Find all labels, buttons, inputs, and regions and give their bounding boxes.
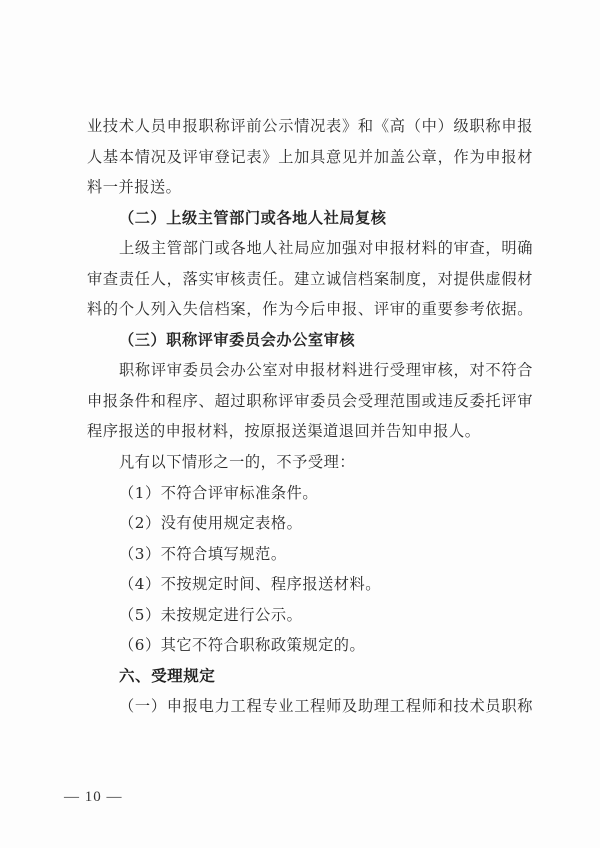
- subsection-heading: （二）上级主管部门或各地人社局复核: [87, 203, 533, 234]
- section-heading: 六、受理规定: [87, 661, 533, 692]
- document-page: 业技术人员申报职称评前公示情况表》和《高（中）级职称申报 人基本情况及评审登记表…: [0, 0, 600, 848]
- paragraph-line: 申报条件和程序、超过职称评审委员会受理范围或违反委托评审: [87, 386, 533, 417]
- list-item: （6）其它不符合职称政策规定的。: [87, 630, 533, 661]
- list-item: （3）不符合填写规范。: [87, 539, 533, 570]
- paragraph-line: 上级主管部门或各地人社局应加强对申报材料的审查，明确: [87, 233, 533, 264]
- paragraph-line: 料的个人列入失信档案，作为今后申报、评审的重要参考依据。: [87, 294, 533, 325]
- document-body: 业技术人员申报职称评前公示情况表》和《高（中）级职称申报 人基本情况及评审登记表…: [87, 111, 533, 722]
- paragraph-line: 程序报送的申报材料，按原报送渠道退回并告知申报人。: [87, 416, 533, 447]
- page-number: — 10 —: [64, 789, 123, 806]
- paragraph-line: 料一并报送。: [87, 172, 533, 203]
- paragraph-line: 审查责任人，落实审核责任。建立诚信档案制度，对提供虚假材: [87, 264, 533, 295]
- paragraph-line: （一）申报电力工程专业工程师及助理工程师和技术员职称: [87, 691, 533, 722]
- list-item: （1）不符合评审标准条件。: [87, 478, 533, 509]
- paragraph-line: 职称评审委员会办公室对申报材料进行受理审核，对不符合: [87, 355, 533, 386]
- list-item: （4）不按规定时间、程序报送材料。: [87, 569, 533, 600]
- paragraph-line: 人基本情况及评审登记表》上加具意见并加盖公章，作为申报材: [87, 142, 533, 173]
- subsection-heading: （三）职称评审委员会办公室审核: [87, 325, 533, 356]
- list-item: （5）未按规定进行公示。: [87, 600, 533, 631]
- paragraph-line: 业技术人员申报职称评前公示情况表》和《高（中）级职称申报: [87, 111, 533, 142]
- list-item: （2）没有使用规定表格。: [87, 508, 533, 539]
- paragraph-line: 凡有以下情形之一的，不予受理：: [87, 447, 533, 478]
